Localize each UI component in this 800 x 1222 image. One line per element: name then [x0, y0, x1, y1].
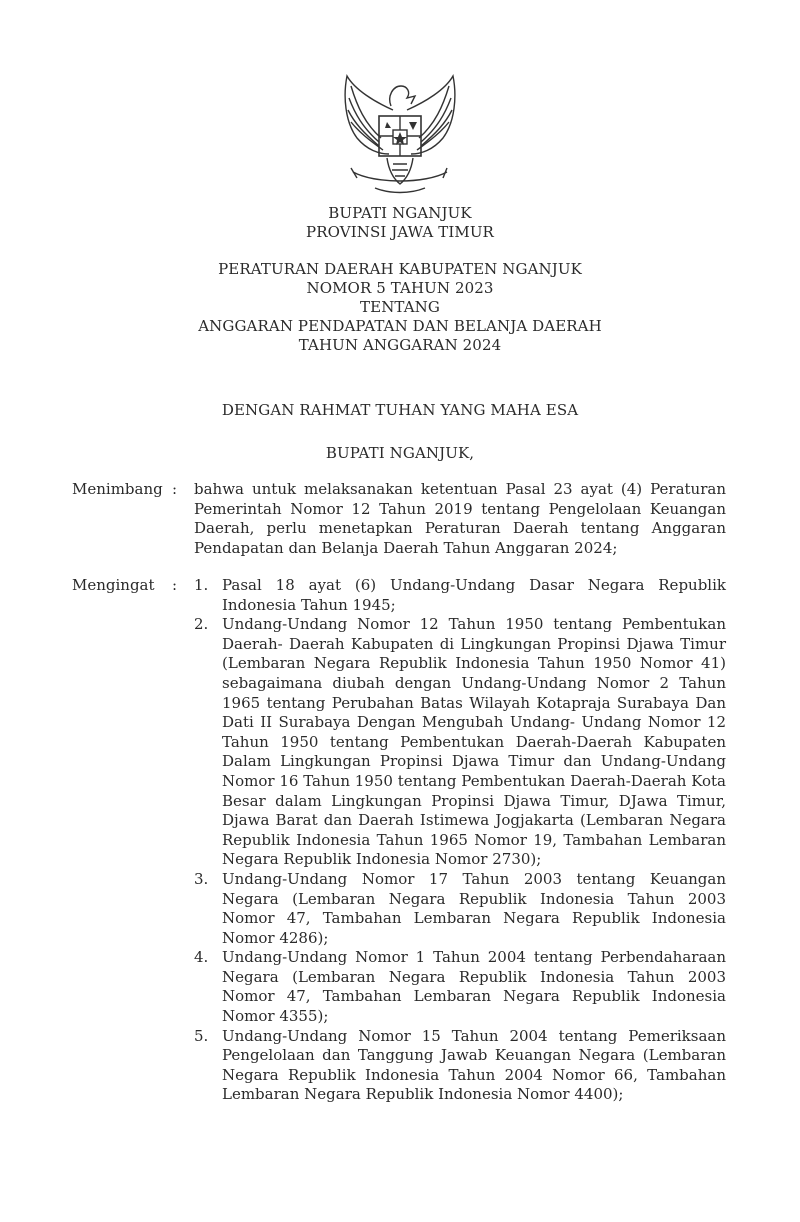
invocation: DENGAN RAHMAT TUHAN YANG MAHA ESA: [0, 401, 800, 420]
regulation-title: PERATURAN DAERAH KABUPATEN NGANJUK NOMOR…: [0, 260, 800, 355]
issuer-block: BUPATI NGANJUK PROVINSI JAWA TIMUR: [0, 204, 800, 242]
list-item: 4. Undang-Undang Nomor 1 Tahun 2004 tent…: [194, 948, 726, 1026]
item-number: 5.: [194, 1027, 208, 1047]
menimbang-colon: :: [172, 480, 177, 500]
list-item: 2. Undang-Undang Nomor 12 Tahun 1950 ten…: [194, 615, 726, 870]
item-text: Undang-Undang Nomor 1 Tahun 2004 tentang…: [222, 948, 726, 1026]
issuer-line-1: BUPATI NGANJUK: [0, 204, 800, 223]
title-line-1: PERATURAN DAERAH KABUPATEN NGANJUK: [0, 260, 800, 279]
issuer-line-2: PROVINSI JAWA TIMUR: [0, 223, 800, 242]
garuda-emblem-icon: [335, 72, 465, 198]
item-number: 3.: [194, 870, 208, 890]
document-page: BUPATI NGANJUK PROVINSI JAWA TIMUR PERAT…: [0, 0, 800, 1222]
item-number: 1.: [194, 576, 208, 596]
mengingat-list: 1. Pasal 18 ayat (6) Undang-Undang Dasar…: [194, 576, 726, 1105]
title-line-2: NOMOR 5 TAHUN 2023: [0, 279, 800, 298]
title-line-3: TENTANG: [0, 298, 800, 317]
menimbang-text: bahwa untuk melaksanakan ketentuan Pasal…: [194, 480, 726, 558]
mengingat-label: Mengingat: [72, 576, 155, 596]
item-number: 2.: [194, 615, 208, 635]
item-text: Undang-Undang Nomor 15 Tahun 2004 tentan…: [222, 1027, 726, 1105]
list-item: 3. Undang-Undang Nomor 17 Tahun 2003 ten…: [194, 870, 726, 948]
item-text: Undang-Undang Nomor 17 Tahun 2003 tentan…: [222, 870, 726, 948]
title-line-4: ANGGARAN PENDAPATAN DAN BELANJA DAERAH: [0, 317, 800, 336]
title-line-5: TAHUN ANGGARAN 2024: [0, 336, 800, 355]
list-item: 1. Pasal 18 ayat (6) Undang-Undang Dasar…: [194, 576, 726, 615]
menimbang-label: Menimbang: [72, 480, 163, 500]
item-text: Undang-Undang Nomor 12 Tahun 1950 tentan…: [222, 615, 726, 870]
mengingat-colon: :: [172, 576, 177, 596]
list-item: 5. Undang-Undang Nomor 15 Tahun 2004 ten…: [194, 1027, 726, 1105]
item-text: Pasal 18 ayat (6) Undang-Undang Dasar Ne…: [222, 576, 726, 615]
authority-line: BUPATI NGANJUK,: [0, 444, 800, 463]
item-number: 4.: [194, 948, 208, 968]
